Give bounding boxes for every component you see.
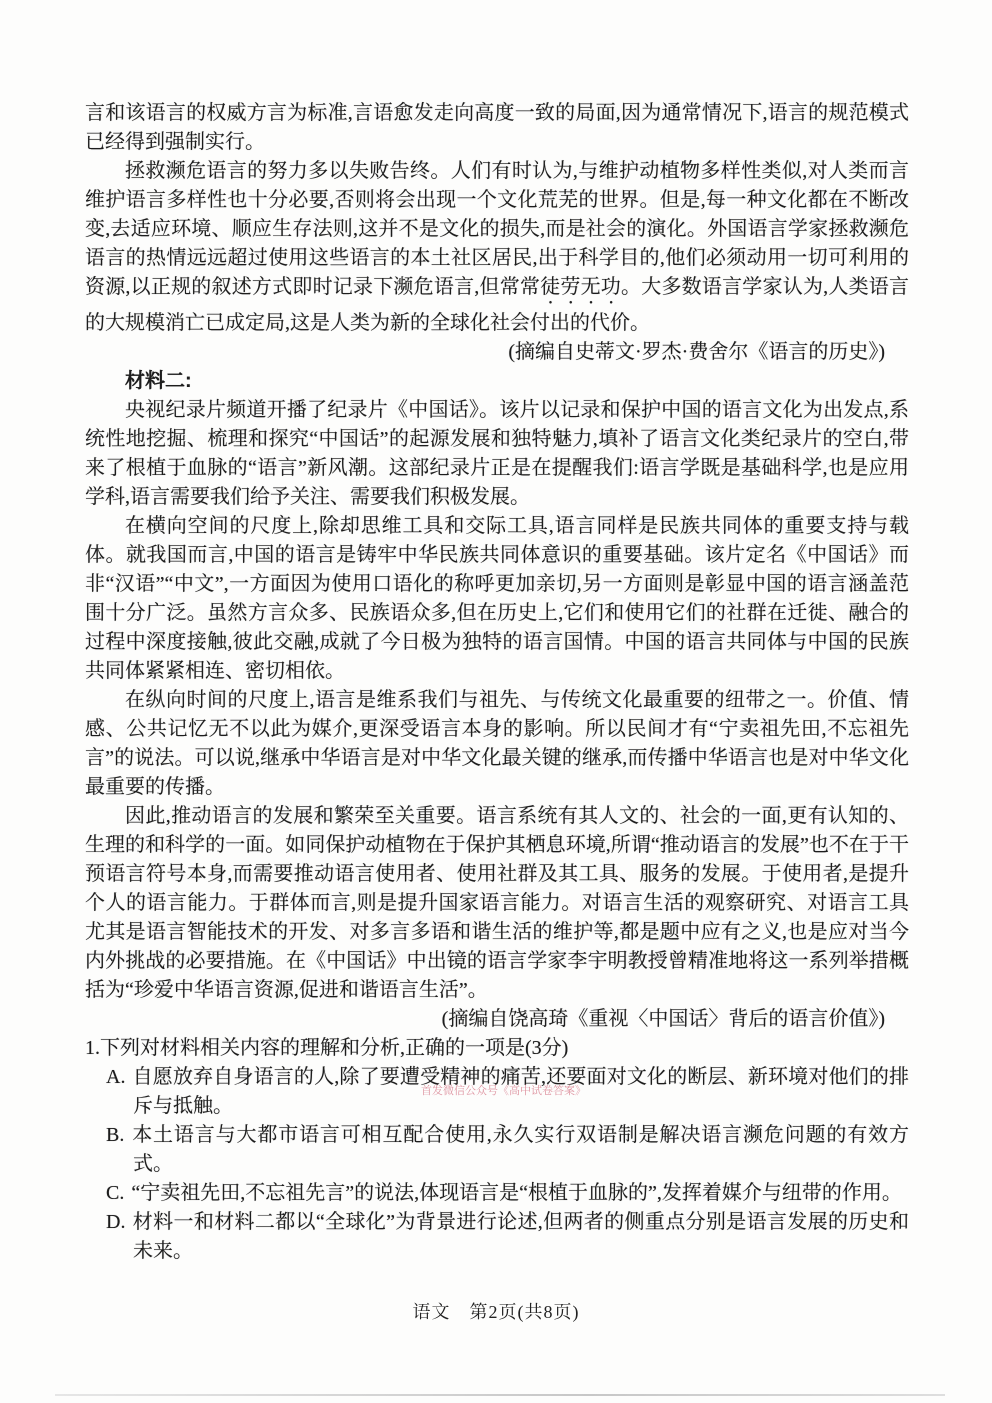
material2-paragraph-4: 因此,推动语言的发展和繁荣至关重要。语言系统有其人文的、社会的一面,更有认知的、…: [85, 802, 909, 1005]
scan-artifact-line: [55, 1394, 945, 1396]
page-footer: 语文 第2页(共8页): [0, 1298, 992, 1324]
material1-source-attribution: (摘编自史蒂文·罗杰·费舍尔《语言的历史》): [85, 338, 909, 367]
exam-paper-page: 言和该语言的权威方言为标准,言语愈发走向高度一致的局面,因为通常情况下,语言的规…: [0, 0, 992, 1403]
question-1-option-b: B.本土语言与大都市语言可相互配合使用,永久实行双语制是解决语言濒危问题的有效方…: [85, 1121, 909, 1179]
publisher-watermark: 首发微信公众号《高中试卷答案》: [421, 1085, 586, 1097]
option-c-label: C.: [106, 1182, 124, 1204]
emphasized-phrase: 徒劳无功: [540, 276, 621, 298]
material2-paragraph-1: 央视纪录片频道开播了纪录片《中国话》。该片以记录和保护中国的语言文化为出发点,系…: [85, 396, 909, 512]
material1-continuation-paragraph: 言和该语言的权威方言为标准,言语愈发走向高度一致的局面,因为通常情况下,语言的规…: [85, 99, 909, 157]
question-1-stem: 1.下列对材料相关内容的理解和分析,正确的一项是(3分): [85, 1034, 909, 1063]
material2-paragraph-2: 在横向空间的尺度上,除却思维工具和交际工具,语言同样是民族共同体的重要支持与载体…: [85, 512, 909, 686]
material2-heading: 材料二:: [85, 367, 909, 396]
material2-source-attribution: (摘编自饶高琦《重视〈中国话〉背后的语言价值》): [85, 1005, 909, 1034]
material1-rescue-paragraph: 拯救濒危语言的努力多以失败告终。人们有时认为,与维护动植物多样性类似,对人类而言…: [85, 157, 909, 338]
material2-paragraph-3: 在纵向时间的尺度上,语言是维系我们与祖先、与传统文化最重要的纽带之一。价值、情感…: [85, 686, 909, 802]
option-d-label: D.: [106, 1211, 125, 1233]
question-1-option-c: C.“宁卖祖先田,不忘祖先言”的说法,体现语言是“根植于血脉的”,发挥着媒介与纽…: [85, 1179, 909, 1208]
option-b-text: 本土语言与大都市语言可相互配合使用,永久实行双语制是解决语言濒危问题的有效方式。: [131, 1124, 909, 1175]
option-a-label: A.: [106, 1066, 125, 1088]
question-1-option-d: D.材料一和材料二都以“全球化”为背景进行论述,但两者的侧重点分别是语言发展的历…: [85, 1208, 909, 1266]
option-c-text: “宁卖祖先田,不忘祖先言”的说法,体现语言是“根植于血脉的”,发挥着媒介与纽带的…: [131, 1182, 902, 1204]
option-b-label: B.: [106, 1124, 124, 1146]
option-d-text: 材料一和材料二都以“全球化”为背景进行论述,但两者的侧重点分别是语言发展的历史和…: [132, 1211, 909, 1262]
